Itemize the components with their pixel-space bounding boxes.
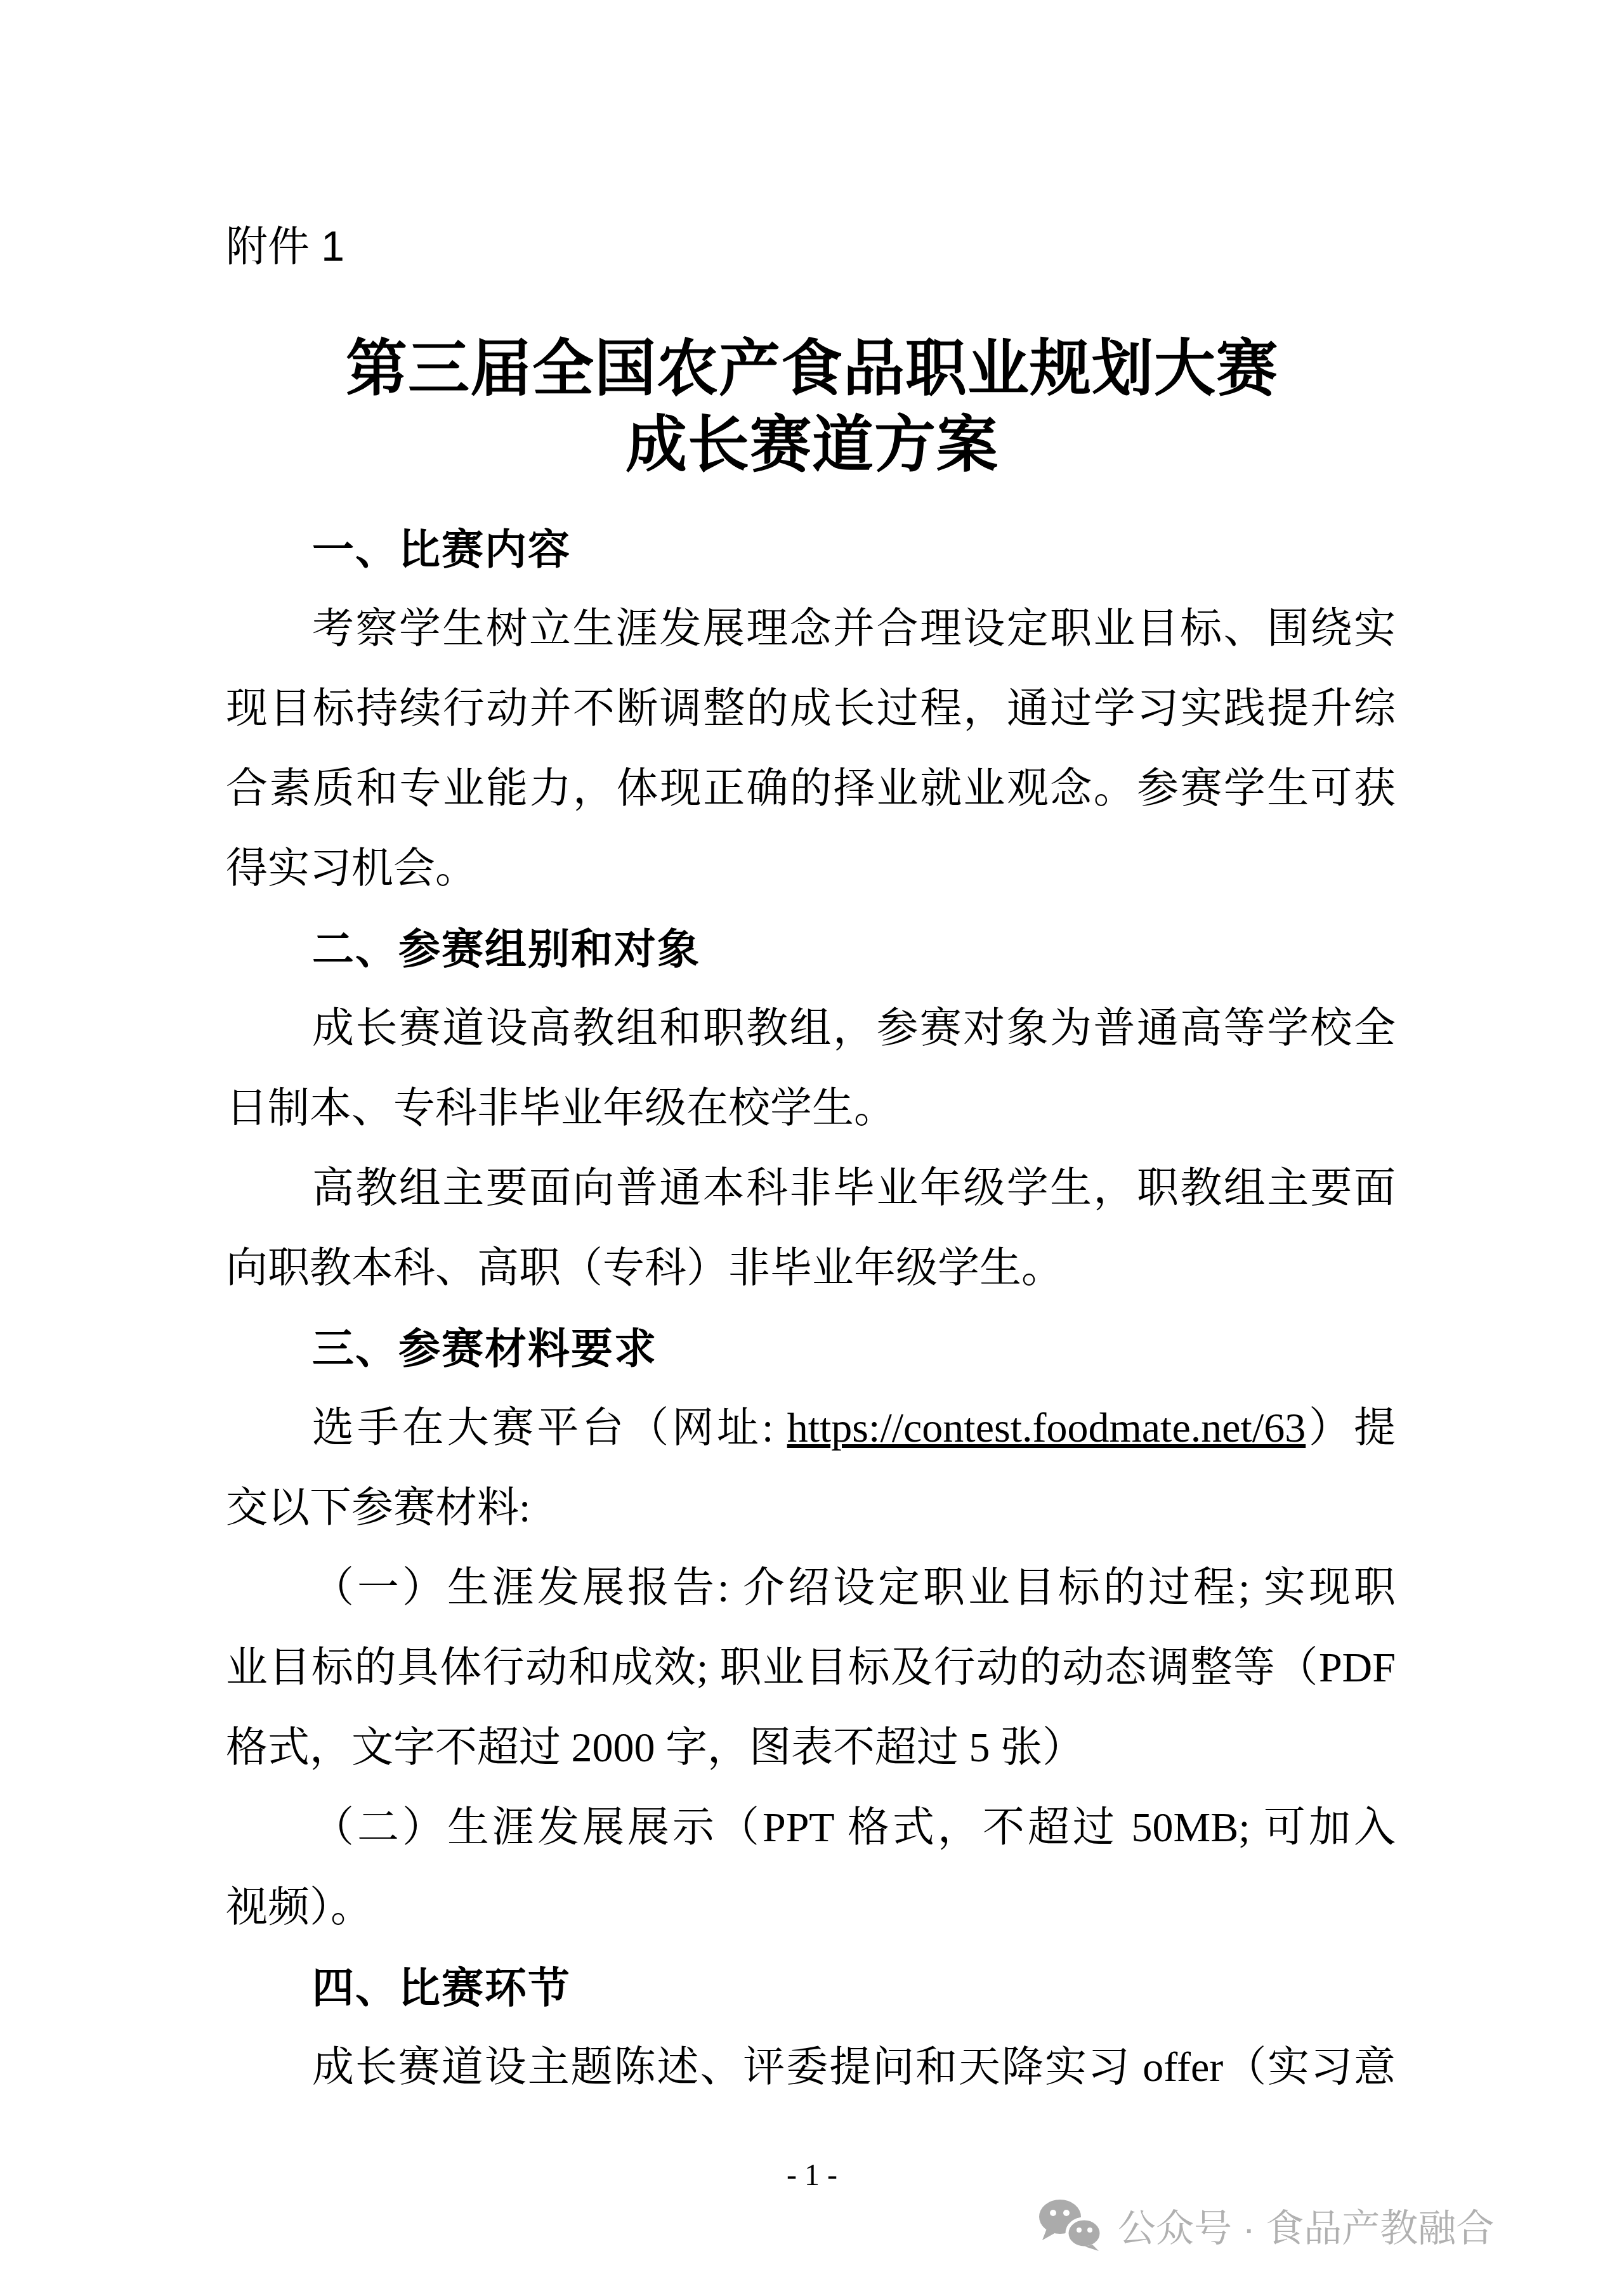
section-heading: 二、参赛组别和对象 [226, 909, 1396, 989]
document-title: 第三届全国农产食品职业规划大赛 成长赛道方案 [0, 331, 1624, 483]
body-line: 得实习机会。 [226, 829, 1396, 909]
wechat-watermark: 公众号 · 食品产教融合 [1039, 2198, 1494, 2253]
body-line: 选手在大赛平台（网址: https://contest.foodmate.net… [226, 1388, 1396, 1468]
body-line: 交以下参赛材料: [226, 1468, 1396, 1548]
body-line: 日制本、专科非毕业年级在校学生。 [226, 1069, 1396, 1149]
body-line: 成长赛道设主题陈述、评委提问和天降实习 offer（实习意 [226, 2028, 1396, 2108]
body-text-segment: 选手在大赛平台（网址: [312, 1405, 787, 1451]
contest-url-link[interactable]: https://contest.foodmate.net/63 [787, 1405, 1306, 1451]
body-line: （一）生涯发展报告: 介绍设定职业目标的过程; 实现职 [226, 1548, 1396, 1628]
section-heading: 三、参赛材料要求 [226, 1308, 1396, 1388]
body-line: 视频）。 [226, 1868, 1396, 1948]
body-line: 向职教本科、高职（专科）非毕业年级学生。 [226, 1229, 1396, 1308]
watermark-label: 公众号 · 食品产教融合 [1118, 2198, 1494, 2253]
section-heading: 四、比赛环节 [226, 1948, 1396, 2028]
body-line: （二）生涯发展展示（PPT 格式，不超过 50MB; 可加入 [226, 1788, 1396, 1868]
document-title-line2: 成长赛道方案 [0, 407, 1624, 483]
wechat-icon [1039, 2200, 1105, 2252]
document-page: 附件 1 第三届全国农产食品职业规划大赛 成长赛道方案 一、比赛内容考察学生树立… [0, 0, 1624, 2296]
body-line: 格式，文字不超过 2000 字，图表不超过 5 张） [226, 1708, 1396, 1788]
attachment-label: 附件 1 [226, 221, 344, 271]
document-title-line1: 第三届全国农产食品职业规划大赛 [0, 331, 1624, 407]
body-line: 高教组主要面向普通本科非毕业年级学生，职教组主要面 [226, 1149, 1396, 1229]
body-line: 业目标的具体行动和成效; 职业目标及行动的动态调整等（PDF [226, 1628, 1396, 1708]
body-text-segment: ）提 [1306, 1405, 1396, 1451]
body-line: 考察学生树立生涯发展理念并合理设定职业目标、围绕实 [226, 589, 1396, 669]
document-lines: 一、比赛内容考察学生树立生涯发展理念并合理设定职业目标、围绕实现目标持续行动并不… [226, 509, 1396, 2108]
section-heading: 一、比赛内容 [226, 509, 1396, 589]
page-number: - 1 - [0, 2156, 1624, 2195]
body-line: 现目标持续行动并不断调整的成长过程，通过学习实践提升综 [226, 669, 1396, 749]
body-line: 合素质和专业能力，体现正确的择业就业观念。参赛学生可获 [226, 749, 1396, 829]
body-line: 成长赛道设高教组和职教组，参赛对象为普通高等学校全 [226, 989, 1396, 1069]
